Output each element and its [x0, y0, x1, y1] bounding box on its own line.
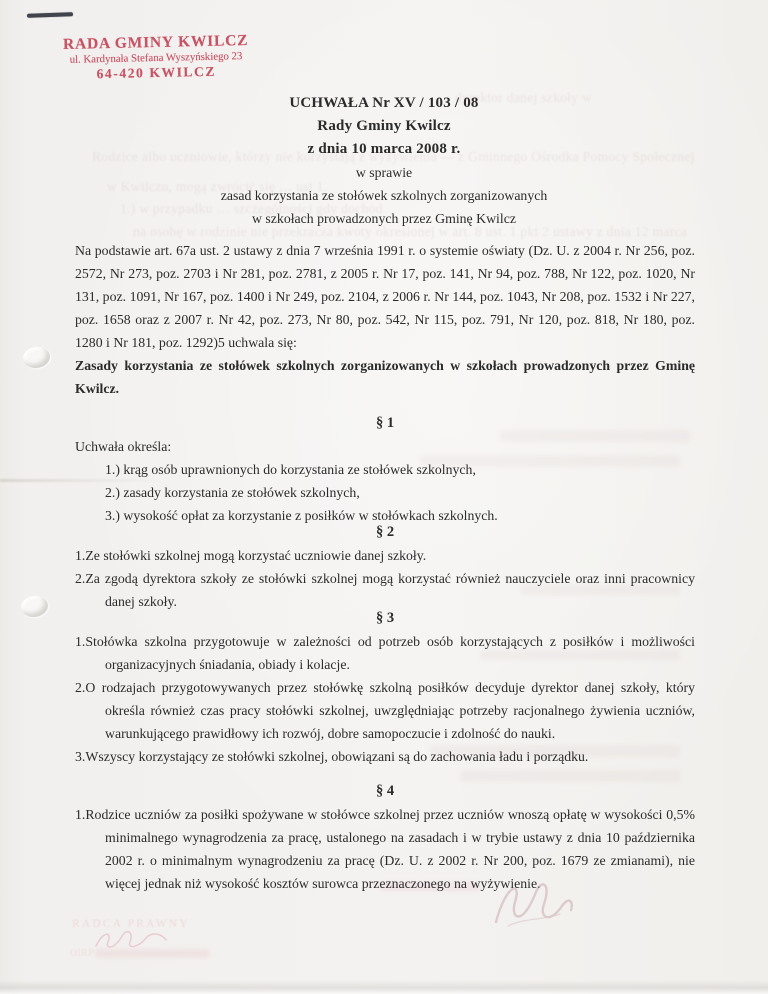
section-3-item-3: 3.Wszyscy korzystający ze stołówki szkol… [75, 745, 695, 768]
section-1-header: § 1 [75, 412, 695, 435]
section-3-item-2: 2.O rodzajach przygotowywanych przez sto… [75, 676, 695, 745]
resolution-title-block: UCHWAŁA Nr XV / 103 / 08 Rady Gminy Kwil… [0, 92, 768, 230]
subject-line-1: zasad korzystania ze stołówek szkolnych … [0, 184, 768, 207]
section-4-header: § 4 [75, 780, 695, 803]
scanned-page: dyrektor danej szkoły w Rodzice albo ucz… [0, 0, 768, 994]
page-edge-shadow [0, 980, 768, 994]
pen-mark [27, 12, 73, 18]
resolution-issuing-body: Rady Gminy Kwilcz [0, 115, 768, 138]
ghost-signature-small [92, 926, 170, 952]
section-4: § 4 1.Rodzice uczniów za posiłki spożywa… [75, 780, 695, 895]
section-2-header: § 2 [75, 521, 695, 544]
resolution-number: UCHWAŁA Nr XV / 103 / 08 [0, 92, 768, 115]
section-4-item-1: 1.Rodzice uczniów za posiłki spożywane w… [75, 803, 695, 895]
section-1-item-1: 1.) krąg osób uprawnionych do korzystani… [75, 458, 695, 481]
section-3: § 3 1.Stołówka szkolna przygotowuje w za… [75, 607, 695, 768]
council-stamp: RADA GMINY KWILCZ ul. Kardynała Stefana … [55, 34, 258, 82]
legal-counsel-org-ghost: OIRP [70, 948, 94, 959]
section-2: § 2 1.Ze stołówki szkolnej mogą korzysta… [75, 521, 695, 613]
ghost-signature [488, 874, 583, 936]
subject-intro: w sprawie [0, 161, 768, 184]
section-1: § 1 Uchwała określa: 1.) krąg osób upraw… [75, 412, 695, 527]
resolution-date: z dnia 10 marca 2008 r. [0, 138, 768, 161]
section-3-item-1: 1.Stołówka szkolna przygotowuje w zależn… [75, 630, 695, 676]
section-1-intro: Uchwała określa: [75, 435, 695, 458]
legal-basis-paragraph: Na podstawie art. 67a ust. 2 ustawy z dn… [75, 239, 695, 354]
section-3-header: § 3 [75, 607, 695, 630]
legal-basis-block: Na podstawie art. 67a ust. 2 ustawy z dn… [75, 239, 695, 400]
section-2-item-1: 1.Ze stołówki szkolnej mogą korzystać uc… [75, 544, 695, 567]
hole-punch-top [22, 345, 52, 370]
hole-punch-bottom [20, 594, 50, 619]
stamp-postal-code: 64-420 KWILCZ [55, 64, 257, 82]
resolution-subject-paragraph: Zasady korzystania ze stołówek szkolnych… [75, 354, 695, 400]
subject-line-2: w szkołach prowadzonych przez Gminę Kwil… [0, 207, 768, 230]
section-1-item-2: 2.) zasady korzystania ze stołówek szkol… [75, 481, 695, 504]
